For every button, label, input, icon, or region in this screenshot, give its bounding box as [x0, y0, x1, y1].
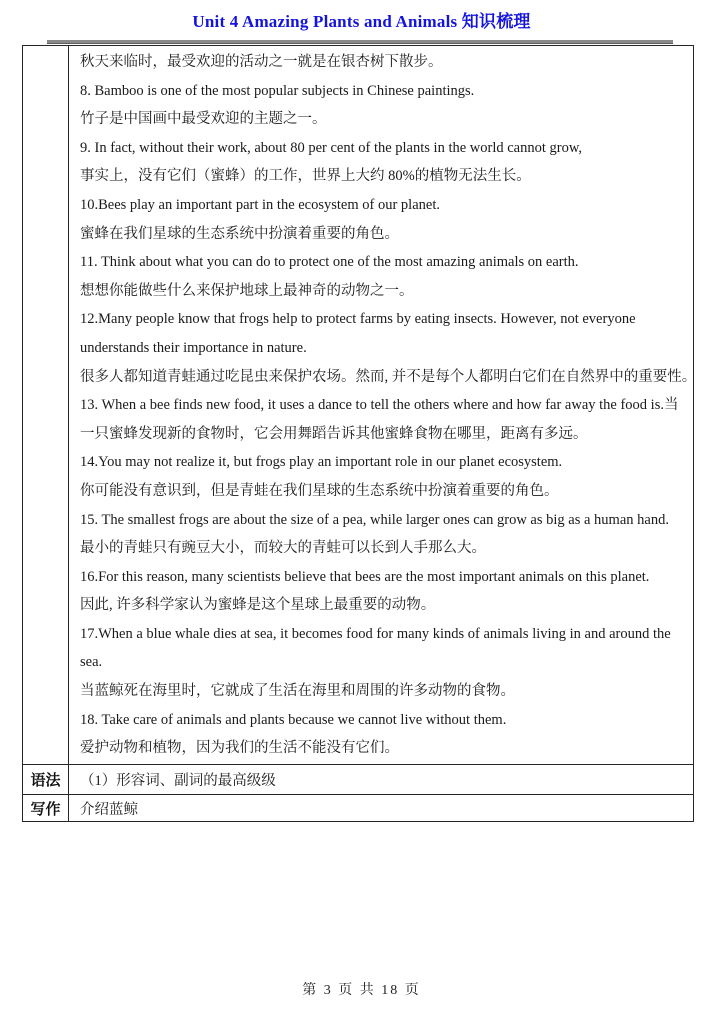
content-line: understands their importance in nature. — [80, 334, 690, 363]
page-number-indicator: 第 3 页 共 18 页 — [0, 979, 723, 999]
content-line: 一只蜜蜂发现新的食物时，它会用舞蹈告诉其他蜜蜂食物在哪里，距离有多远。 — [80, 420, 690, 449]
header-divider — [47, 40, 673, 44]
content-line: 爱护动物和植物，因为我们的生活不能没有它们。 — [80, 734, 690, 763]
content-line: 16.For this reason, many scientists beli… — [80, 563, 690, 592]
knowledge-table: 秋天来临时，最受欢迎的活动之一就是在银杏树下散步。 8. Bamboo is o… — [22, 45, 694, 822]
content-line: 竹子是中国画中最受欢迎的主题之一。 — [80, 105, 690, 134]
content-line: 当蓝鲸死在海里时，它就成了生活在海里和周围的许多动物的食物。 — [80, 677, 690, 706]
table-row-writing: 写作 介绍蓝鲸 — [23, 794, 693, 821]
grammar-text: （1）形容词、副词的最高级级 — [80, 769, 276, 790]
content-line: 10.Bees play an important part in the ec… — [80, 191, 690, 220]
content-line: 你可能没有意识到，但是青蛙在我们星球的生态系统中扮演着重要的角色。 — [80, 477, 690, 506]
content-line: 因此, 许多科学家认为蜜蜂是这个星球上最重要的动物。 — [80, 591, 690, 620]
grammar-row-label: 语法 — [23, 765, 69, 794]
writing-cell: 介绍蓝鲸 — [69, 795, 693, 821]
sentences-cell: 秋天来临时，最受欢迎的活动之一就是在银杏树下散步。 8. Bamboo is o… — [69, 46, 693, 764]
content-line: 18. Take care of animals and plants beca… — [80, 706, 690, 735]
writing-row-label: 写作 — [23, 795, 69, 821]
content-line: sea. — [80, 648, 690, 677]
grammar-cell: （1）形容词、副词的最高级级 — [69, 765, 693, 794]
content-line: 9. In fact, without their work, about 80… — [80, 134, 690, 163]
content-line: 蜜蜂在我们星球的生态系统中扮演着重要的角色。 — [80, 220, 690, 249]
writing-text: 介绍蓝鲸 — [80, 798, 138, 819]
page-title: Unit 4 Amazing Plants and Animals 知识梳理 — [0, 7, 723, 32]
content-line: 想想你能做些什么来保护地球上最神奇的动物之一。 — [80, 277, 690, 306]
content-line: 很多人都知道青蛙通过吃昆虫来保护农场。然而, 并不是每个人都明白它们在自然界中的… — [80, 363, 690, 392]
row-label-empty — [23, 46, 69, 764]
content-line: 14.You may not realize it, but frogs pla… — [80, 448, 690, 477]
table-row-grammar: 语法 （1）形容词、副词的最高级级 — [23, 764, 693, 794]
content-line: 最小的青蛙只有豌豆大小，而较大的青蛙可以长到人手那么大。 — [80, 534, 690, 563]
content-line: 13. When a bee finds new food, it uses a… — [80, 391, 690, 420]
content-line: 事实上，没有它们（蜜蜂）的工作，世界上大约 80%的植物无法生长。 — [80, 162, 690, 191]
content-line: 8. Bamboo is one of the most popular sub… — [80, 77, 690, 106]
content-line: 11. Think about what you can do to prote… — [80, 248, 690, 277]
table-row-sentences: 秋天来临时，最受欢迎的活动之一就是在银杏树下散步。 8. Bamboo is o… — [23, 46, 693, 764]
content-line: 秋天来临时，最受欢迎的活动之一就是在银杏树下散步。 — [80, 48, 690, 77]
content-line: 12.Many people know that frogs help to p… — [80, 305, 690, 334]
content-line: 17.When a blue whale dies at sea, it bec… — [80, 620, 690, 649]
content-line: 15. The smallest frogs are about the siz… — [80, 506, 690, 535]
